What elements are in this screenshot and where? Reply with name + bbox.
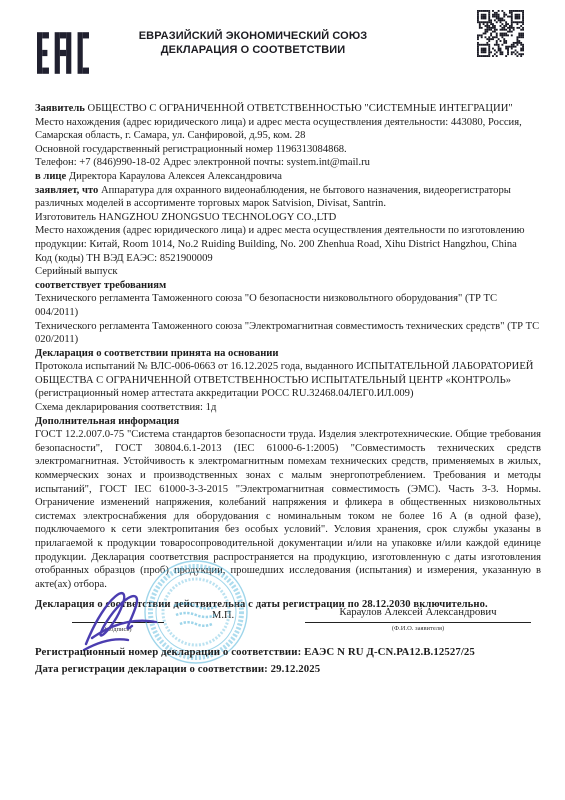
registration-footer: Регистрационный номер декларации о соотв… [35, 644, 541, 677]
signatory-name: Караулов Алексей Александрович [305, 606, 531, 618]
body-paragraph: соответствует требованиям [35, 279, 541, 293]
stamp-place-label: М.П. [212, 610, 234, 621]
body-paragraph: Телефон: +7 (846)990-18-02 Адрес электро… [35, 156, 541, 170]
body-paragraph: Декларация о соответствии принята на осн… [35, 347, 541, 361]
body-paragraph: Изготовитель HANGZHOU ZHONGSUO TECHNOLOG… [35, 211, 541, 225]
body-paragraph: в лице Директора Караулова Алексея Алекс… [35, 170, 541, 184]
body-paragraph: Протокола испытаний № ВЛС-006-0663 от 16… [35, 360, 541, 401]
body-paragraph: Основной государственный регистрационный… [35, 143, 541, 157]
body-paragraph: ГОСТ 12.2.007.0-75 "Система стандартов б… [35, 428, 541, 591]
body-paragraph: Заявитель ОБЩЕСТВО С ОГРАНИЧЕННОЙ ОТВЕТС… [35, 102, 541, 116]
body-paragraph: Серийный выпуск [35, 265, 541, 279]
document-header: ЕВРАЗИЙСКИЙ ЭКОНОМИЧЕСКИЙ СОЮЗ ДЕКЛАРАЦИ… [103, 30, 403, 57]
body-paragraph: Технического регламента Таможенного союз… [35, 320, 541, 347]
body-paragraph: Место нахождения (адрес юридического лиц… [35, 116, 541, 143]
eac-mark-icon [37, 32, 89, 74]
signature-line [72, 622, 164, 623]
qr-code-icon [477, 10, 524, 57]
document-title: ДЕКЛАРАЦИЯ О СООТВЕТСТВИИ [103, 44, 403, 58]
registration-date-row: Дата регистрации декларации о соответств… [35, 661, 541, 678]
body-paragraph: Дополнительная информация [35, 415, 541, 429]
body-paragraph: Схема декларирования соответствия: 1д [35, 401, 541, 415]
body-paragraph: Место нахождения (адрес юридического лиц… [35, 224, 541, 251]
registration-number-row: Регистрационный номер декларации о соотв… [35, 644, 541, 661]
body-paragraph: заявляет, что Аппаратура для охранного в… [35, 184, 541, 211]
name-caption: (Ф.И.О. заявителя) [305, 625, 531, 632]
signature-caption: (подпись) [72, 626, 164, 633]
union-title: ЕВРАЗИЙСКИЙ ЭКОНОМИЧЕСКИЙ СОЮЗ [103, 30, 403, 44]
declaration-document: ЕВРАЗИЙСКИЙ ЭКОНОМИЧЕСКИЙ СОЮЗ ДЕКЛАРАЦИ… [0, 0, 565, 800]
body-paragraph: Код (коды) ТН ВЭД ЕАЭС: 8521900009 [35, 252, 541, 266]
registration-date-value: 29.12.2025 [271, 663, 321, 675]
body-paragraphs: Заявитель ОБЩЕСТВО С ОГРАНИЧЕННОЙ ОТВЕТС… [35, 102, 541, 591]
registration-number-value: ЕАЭС N RU Д-CN.РА12.В.12527/25 [304, 646, 475, 658]
registration-date-label: Дата регистрации декларации о соответств… [35, 663, 268, 675]
body-paragraph: Технического регламента Таможенного союз… [35, 292, 541, 319]
registration-number-label: Регистрационный номер декларации о соотв… [35, 646, 301, 658]
name-line [305, 622, 531, 623]
document-body: Заявитель ОБЩЕСТВО С ОГРАНИЧЕННОЙ ОТВЕТС… [35, 102, 541, 612]
